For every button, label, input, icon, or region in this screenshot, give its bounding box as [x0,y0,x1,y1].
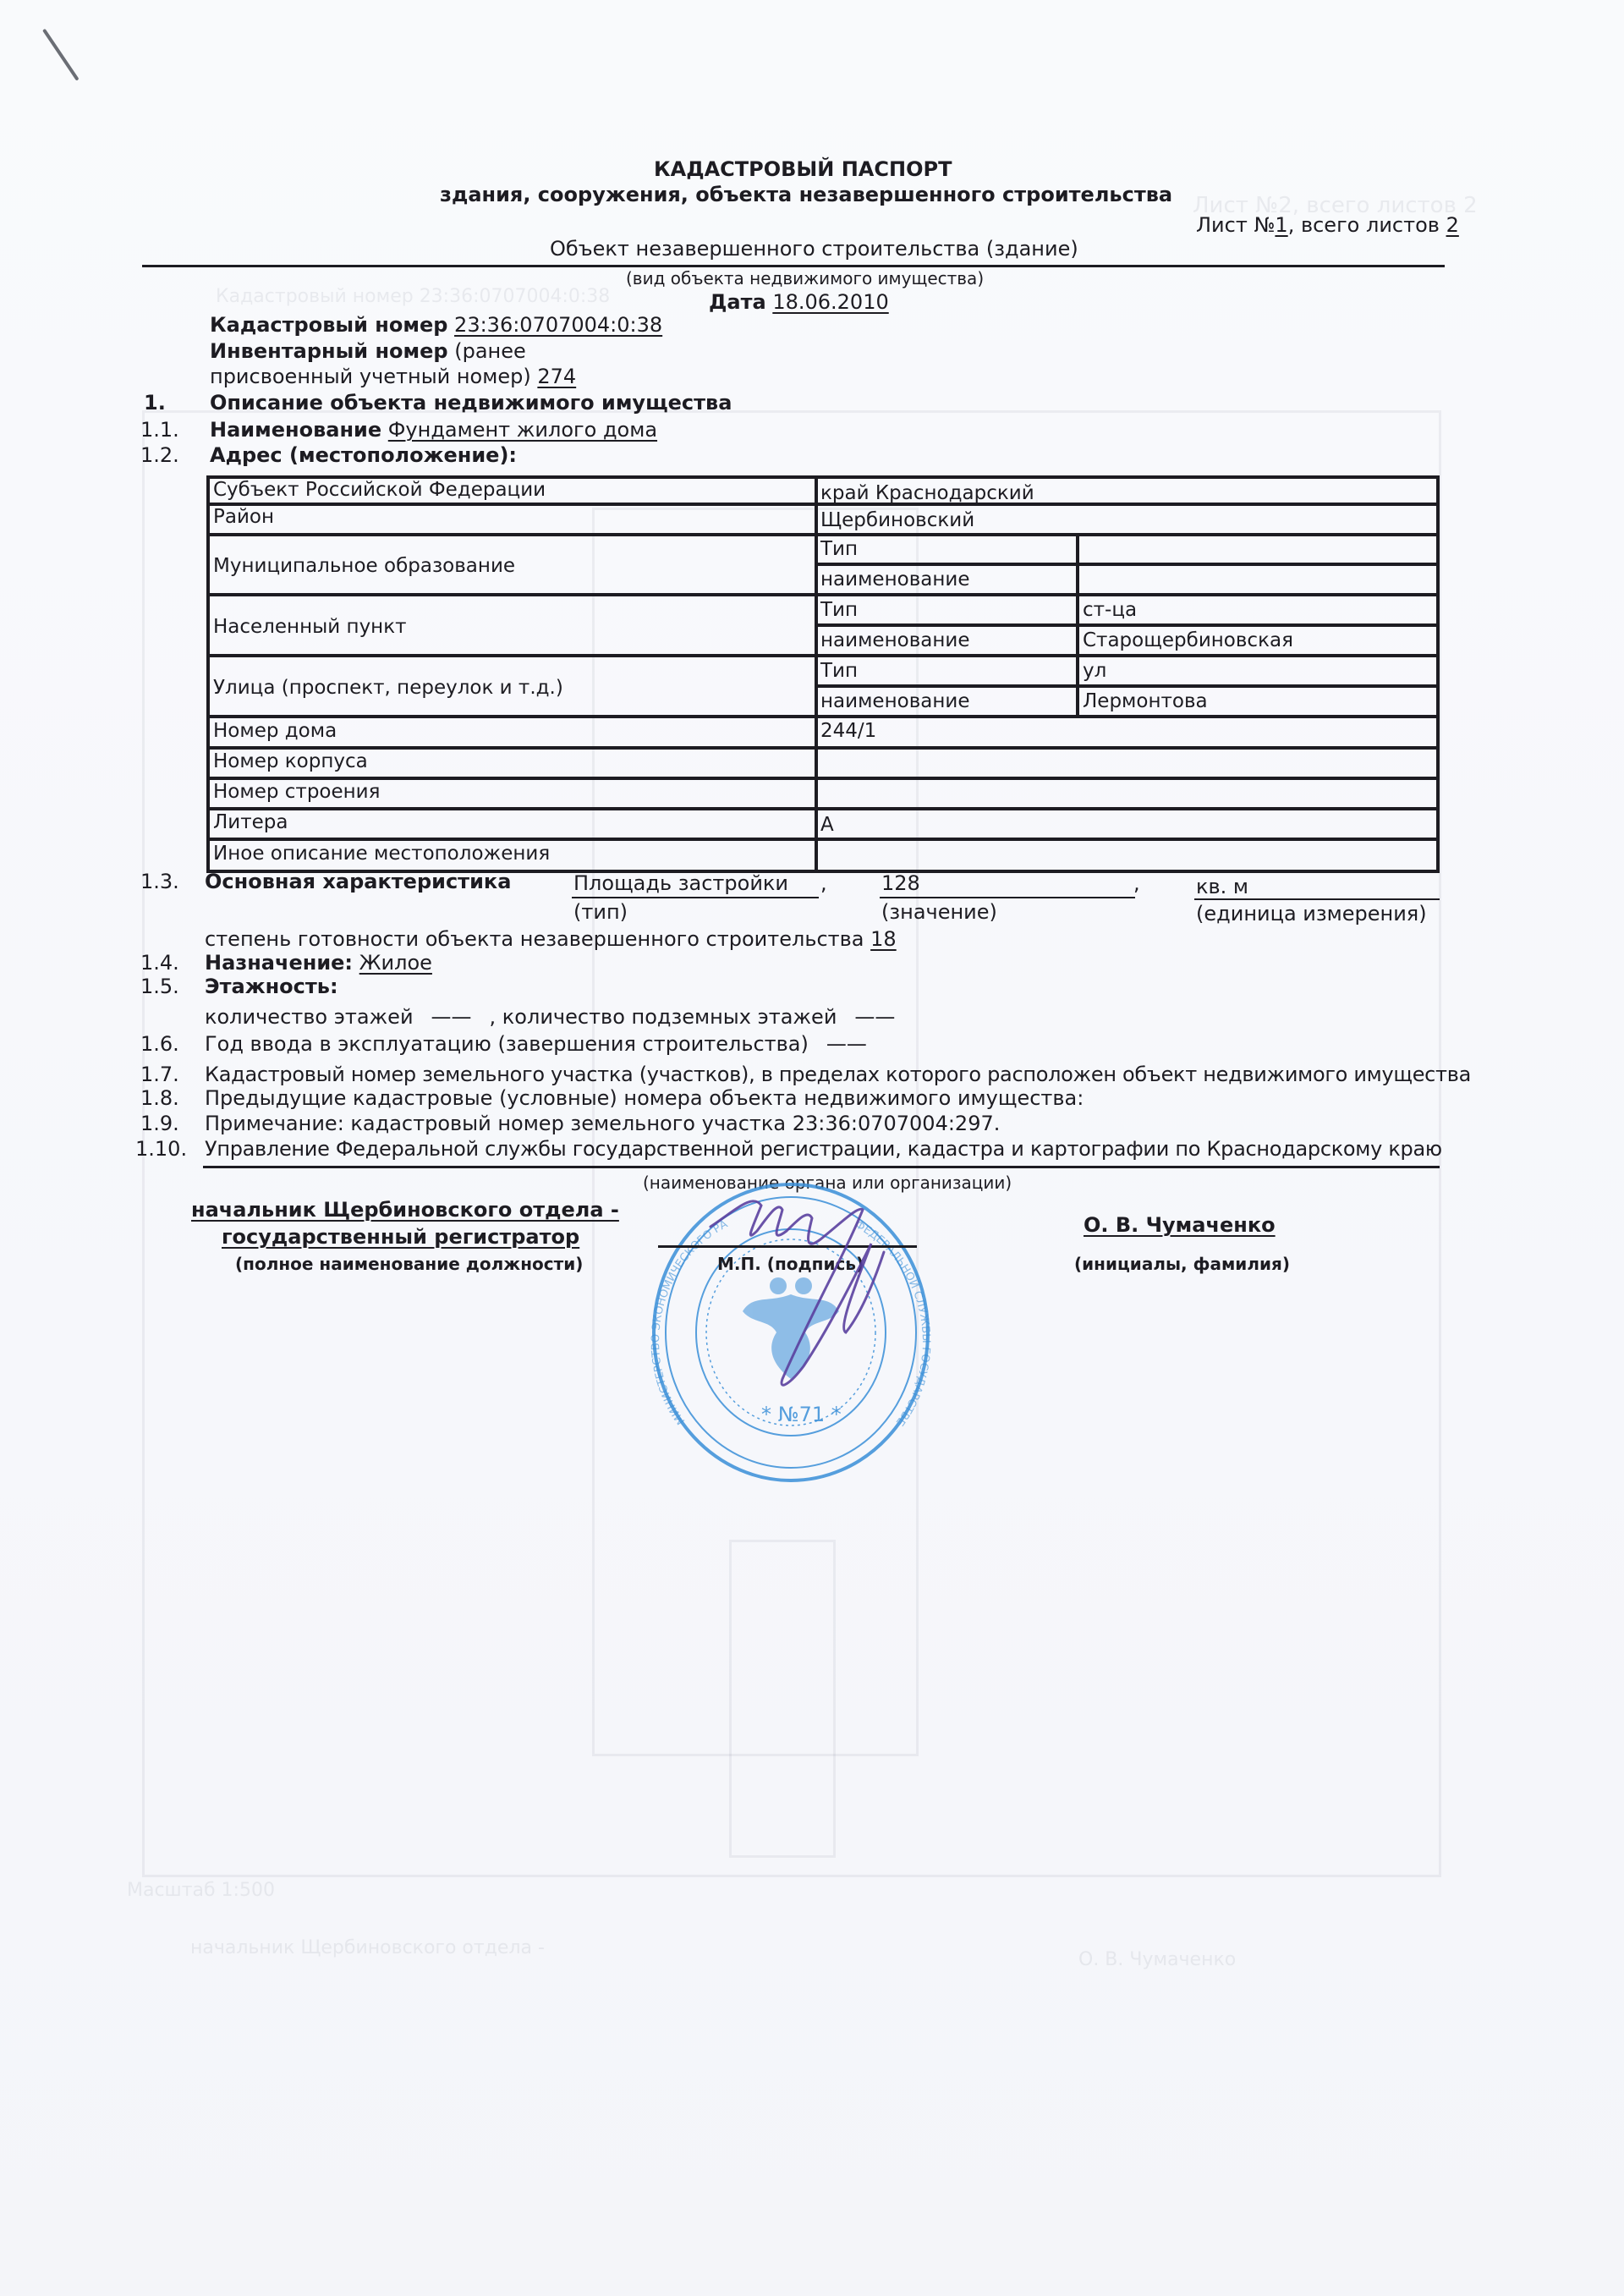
floors-value: —— [414,1005,490,1029]
object-kind-caption: (вид объекта недвижимого имущества) [626,268,984,288]
table-label: Район [213,508,274,527]
table-label: Субъект Российской Федерации [213,481,546,500]
floors-line: количество этажей——, количество подземны… [205,1005,913,1029]
signatory-name: О. В. Чумаченко [1084,1213,1276,1237]
organization-name: Управление Федеральной службы государств… [205,1137,1442,1161]
table-rule [210,777,1436,780]
object-kind: Объект незавершенного строительства (зда… [550,237,1078,261]
floors-heading: Этажность: [205,975,338,998]
note-line: Примечание: кадастровый номер земельного… [205,1112,1000,1135]
table-sublabel: Тип [820,540,858,559]
table-value: 244/1 [820,722,876,741]
sheet-total: 2 [1446,213,1459,237]
inventory-number-value: 274 [537,365,576,388]
table-label: Муниципальное образование [213,557,515,576]
table-rule [210,746,1436,750]
main-characteristic-label: Основная характеристика [205,870,511,893]
section-number: 1.8. [140,1086,179,1110]
section-number: 1.5. [140,975,179,998]
table-label: Улица (проспект, переулок и т.д.) [213,678,563,698]
table-label: Номер дома [213,722,337,741]
comma: , [820,871,827,895]
table-value: Щербиновский [820,511,974,530]
date-line: Дата 18.06.2010 [709,290,889,314]
sheet-info: Лист №1, всего листов 2 [1196,213,1459,237]
characteristic-type: Площадь застройки [573,871,788,895]
table-sublabel: Тип [820,601,858,620]
position-title-line-1: начальник Щербиновского отдела - [191,1198,619,1222]
section-number: 1.7. [140,1063,179,1086]
underline [572,897,819,898]
ghost-text: Масштаб 1:500 [127,1880,275,1901]
table-rule [815,563,1436,566]
section-number: 1.1. [140,418,179,442]
ghost-text: начальник Щербиновского отдела - [190,1937,545,1958]
land-plot-cadastral-line: Кадастровый номер земельного участка (уч… [205,1063,1471,1086]
handwritten-signature-icon [702,1184,939,1438]
table-sublabel: Тип [820,662,858,681]
table-rule [210,593,1436,596]
section-number: 1.2. [140,443,179,467]
table-value: Лермонтова [1083,692,1208,711]
table-rule [210,654,1436,657]
purpose-value: Жилое [359,951,432,975]
table-sublabel: наименование [820,631,969,651]
section-number: 1.10. [135,1137,187,1161]
readiness-line: степень готовности объекта незавершенног… [205,927,897,951]
purpose-line: Назначение: Жилое [205,951,432,975]
section-number: 1.4. [140,951,179,975]
unit-caption: (единица измерения) [1196,902,1427,926]
section-number: 1.3. [140,870,179,893]
table-label: Населенный пункт [213,618,407,637]
characteristic-unit: кв. м [1196,875,1248,898]
table-rule [210,838,1436,841]
sheet-number: 1 [1275,213,1287,237]
characteristic-value: 128 [881,871,920,895]
table-label: Номер строения [213,783,380,802]
table-rule [815,623,1436,627]
table-label: Литера [213,813,288,832]
table-value: Старощербиновская [1083,631,1293,651]
table-rule [815,684,1436,688]
position-caption: (полное наименование должности) [235,1254,583,1274]
table-label: Номер корпуса [213,752,368,772]
ghost-text: О. В. Чумаченко [1078,1949,1236,1970]
table-value: край Краснодарский [820,484,1034,503]
document-title: КАДАСТРОВЫЙ ПАСПОРТ [654,157,952,181]
table-label: Иное описание местоположения [213,844,550,864]
section-number: 1.6. [140,1032,179,1056]
commissioning-year-line: Год ввода в эксплуатацию (завершения стр… [205,1032,885,1056]
table-value: ст-ца [1083,601,1137,620]
name-caption: (инициалы, фамилия) [1074,1254,1290,1274]
readiness-value: 18 [870,927,897,951]
ghost-plan-room [729,1540,836,1858]
address-table: Субъект Российской Федерации край Красно… [206,475,1440,873]
table-divider [815,479,818,870]
divider [142,265,1445,267]
date-value: 18.06.2010 [772,290,888,314]
section-number: 1.9. [140,1112,179,1135]
table-value: А [820,816,834,835]
comma: , [1133,871,1140,895]
ghost-text: Кадастровый номер 23:36:0707004:0:38 [216,286,610,307]
section-heading: Описание объекта недвижимого имущества [210,391,732,415]
inventory-number-line: Инвентарный номер (ранее [210,339,526,363]
section-number: 1. [144,391,166,415]
underline [880,897,1135,898]
cadastral-number-value: 23:36:0707004:0:38 [454,313,662,337]
table-value: ул [1083,662,1106,681]
table-rule [210,715,1436,718]
object-name-value: Фундамент жилого дома [388,418,657,442]
table-rule [210,533,1436,536]
table-sublabel: наименование [820,692,969,711]
inventory-number-line-2: присвоенный учетный номер) 274 [210,365,576,388]
table-sublabel: наименование [820,570,969,590]
previous-numbers-line: Предыдущие кадастровые (условные) номера… [205,1086,1084,1110]
value-caption: (значение) [881,900,997,924]
cadastral-number-line: Кадастровый номер 23:36:0707004:0:38 [210,313,662,337]
position-title-line-2: государственный регистратор [222,1225,579,1249]
name-line: Наименование Фундамент жилого дома [210,418,657,442]
underground-floors-value: —— [837,1005,913,1029]
type-caption: (тип) [573,900,628,924]
underline [1194,898,1440,900]
document-subtitle: здания, сооружения, объекта незавершенно… [440,183,1172,206]
commissioning-year-value: —— [809,1032,885,1056]
table-rule [210,807,1436,810]
address-heading: Адрес (местоположение): [210,443,517,467]
